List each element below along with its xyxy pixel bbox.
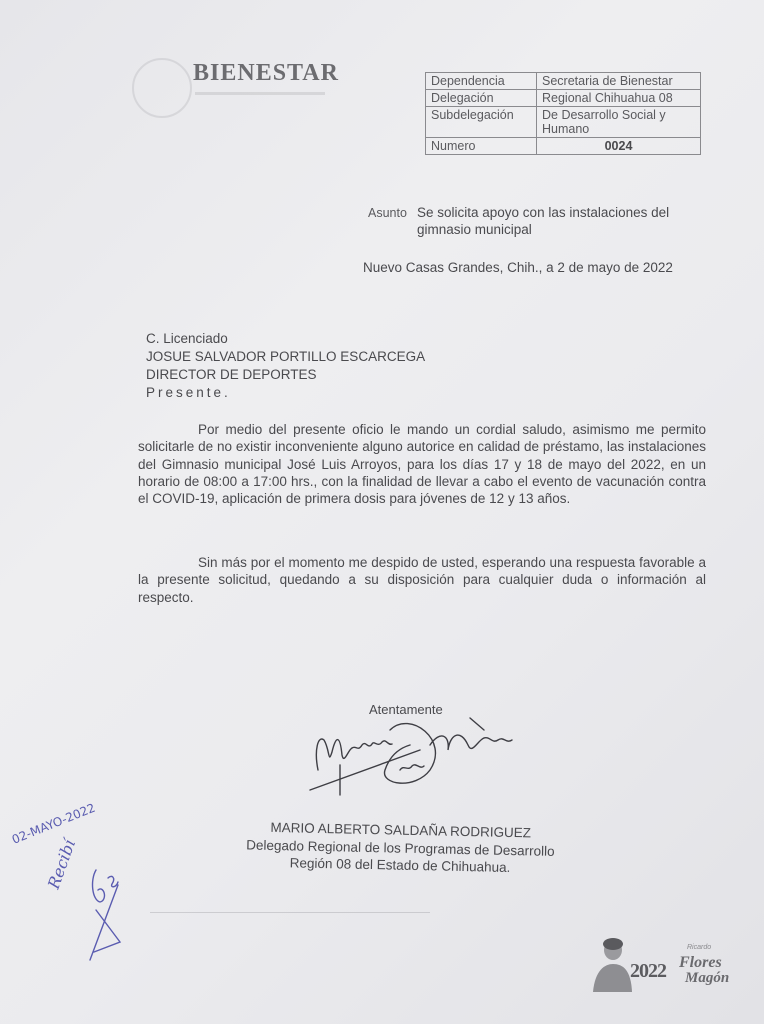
document-number: 0024: [537, 138, 701, 155]
info-value: Regional Chihuahua 08: [537, 90, 701, 107]
table-row: Dependencia Secretaria de Bienestar: [426, 73, 701, 90]
logo-name-line2: Magón: [685, 970, 729, 987]
logo-year: 2022: [630, 960, 666, 983]
info-label: Delegación: [426, 90, 537, 107]
received-date: 02-MAYO-2022: [10, 801, 97, 847]
body-paragraph: Por medio del presente oficio le mando u…: [138, 421, 706, 507]
brand-logo: BIENESTAR: [193, 60, 339, 87]
received-signature-icon: [90, 870, 120, 960]
divider: [150, 912, 430, 913]
recipient-name: JOSUE SALVADOR PORTILLO ESCARCEGA: [146, 348, 425, 366]
government-seal-icon: [132, 58, 192, 118]
letter-page: BIENESTAR Dependencia Secretaria de Bien…: [0, 0, 764, 1024]
signature-icon: [300, 690, 540, 800]
portrait-icon: [591, 936, 633, 992]
paragraph-text: Sin más por el momento me despido de ust…: [138, 555, 706, 605]
recipient-block: C. Licenciado JOSUE SALVADOR PORTILLO ES…: [146, 330, 425, 402]
place-date: Nuevo Casas Grandes, Chih., a 2 de mayo …: [363, 259, 698, 276]
subject-label: Asunto: [368, 206, 407, 220]
recipient-title: DIRECTOR DE DEPORTES: [146, 366, 425, 384]
subject-text: Se solicita apoyo con las instalaciones …: [417, 204, 697, 238]
info-label: Numero: [426, 138, 537, 155]
table-row: Subdelegación De Desarrollo Social y Hum…: [426, 107, 701, 138]
received-note: 02-MAYO-2022 Recibí: [0, 760, 170, 980]
received-label: Recibí: [44, 835, 80, 892]
info-value: De Desarrollo Social y Humano: [537, 107, 701, 138]
info-table: Dependencia Secretaria de Bienestar Dele…: [425, 72, 701, 155]
logo-small-text: Ricardo: [687, 944, 711, 951]
info-label: Dependencia: [426, 73, 537, 90]
paragraph-text: Por medio del presente oficio le mando u…: [138, 422, 706, 506]
table-row: Numero 0024: [426, 138, 701, 155]
recipient-salutation: C. Licenciado: [146, 330, 425, 348]
signer-block: MARIO ALBERTO SALDAÑA RODRIGUEZ Delegado…: [225, 818, 576, 878]
footer-logo: Ricardo 2022 Flores Magón: [585, 932, 725, 994]
info-value: Secretaria de Bienestar: [537, 73, 701, 90]
table-row: Delegación Regional Chihuahua 08: [426, 90, 701, 107]
brand-subtitle: [195, 92, 325, 95]
recipient-presente: Presente.: [146, 384, 425, 402]
body-paragraph: Sin más por el momento me despido de ust…: [138, 554, 706, 606]
info-label: Subdelegación: [426, 107, 537, 138]
